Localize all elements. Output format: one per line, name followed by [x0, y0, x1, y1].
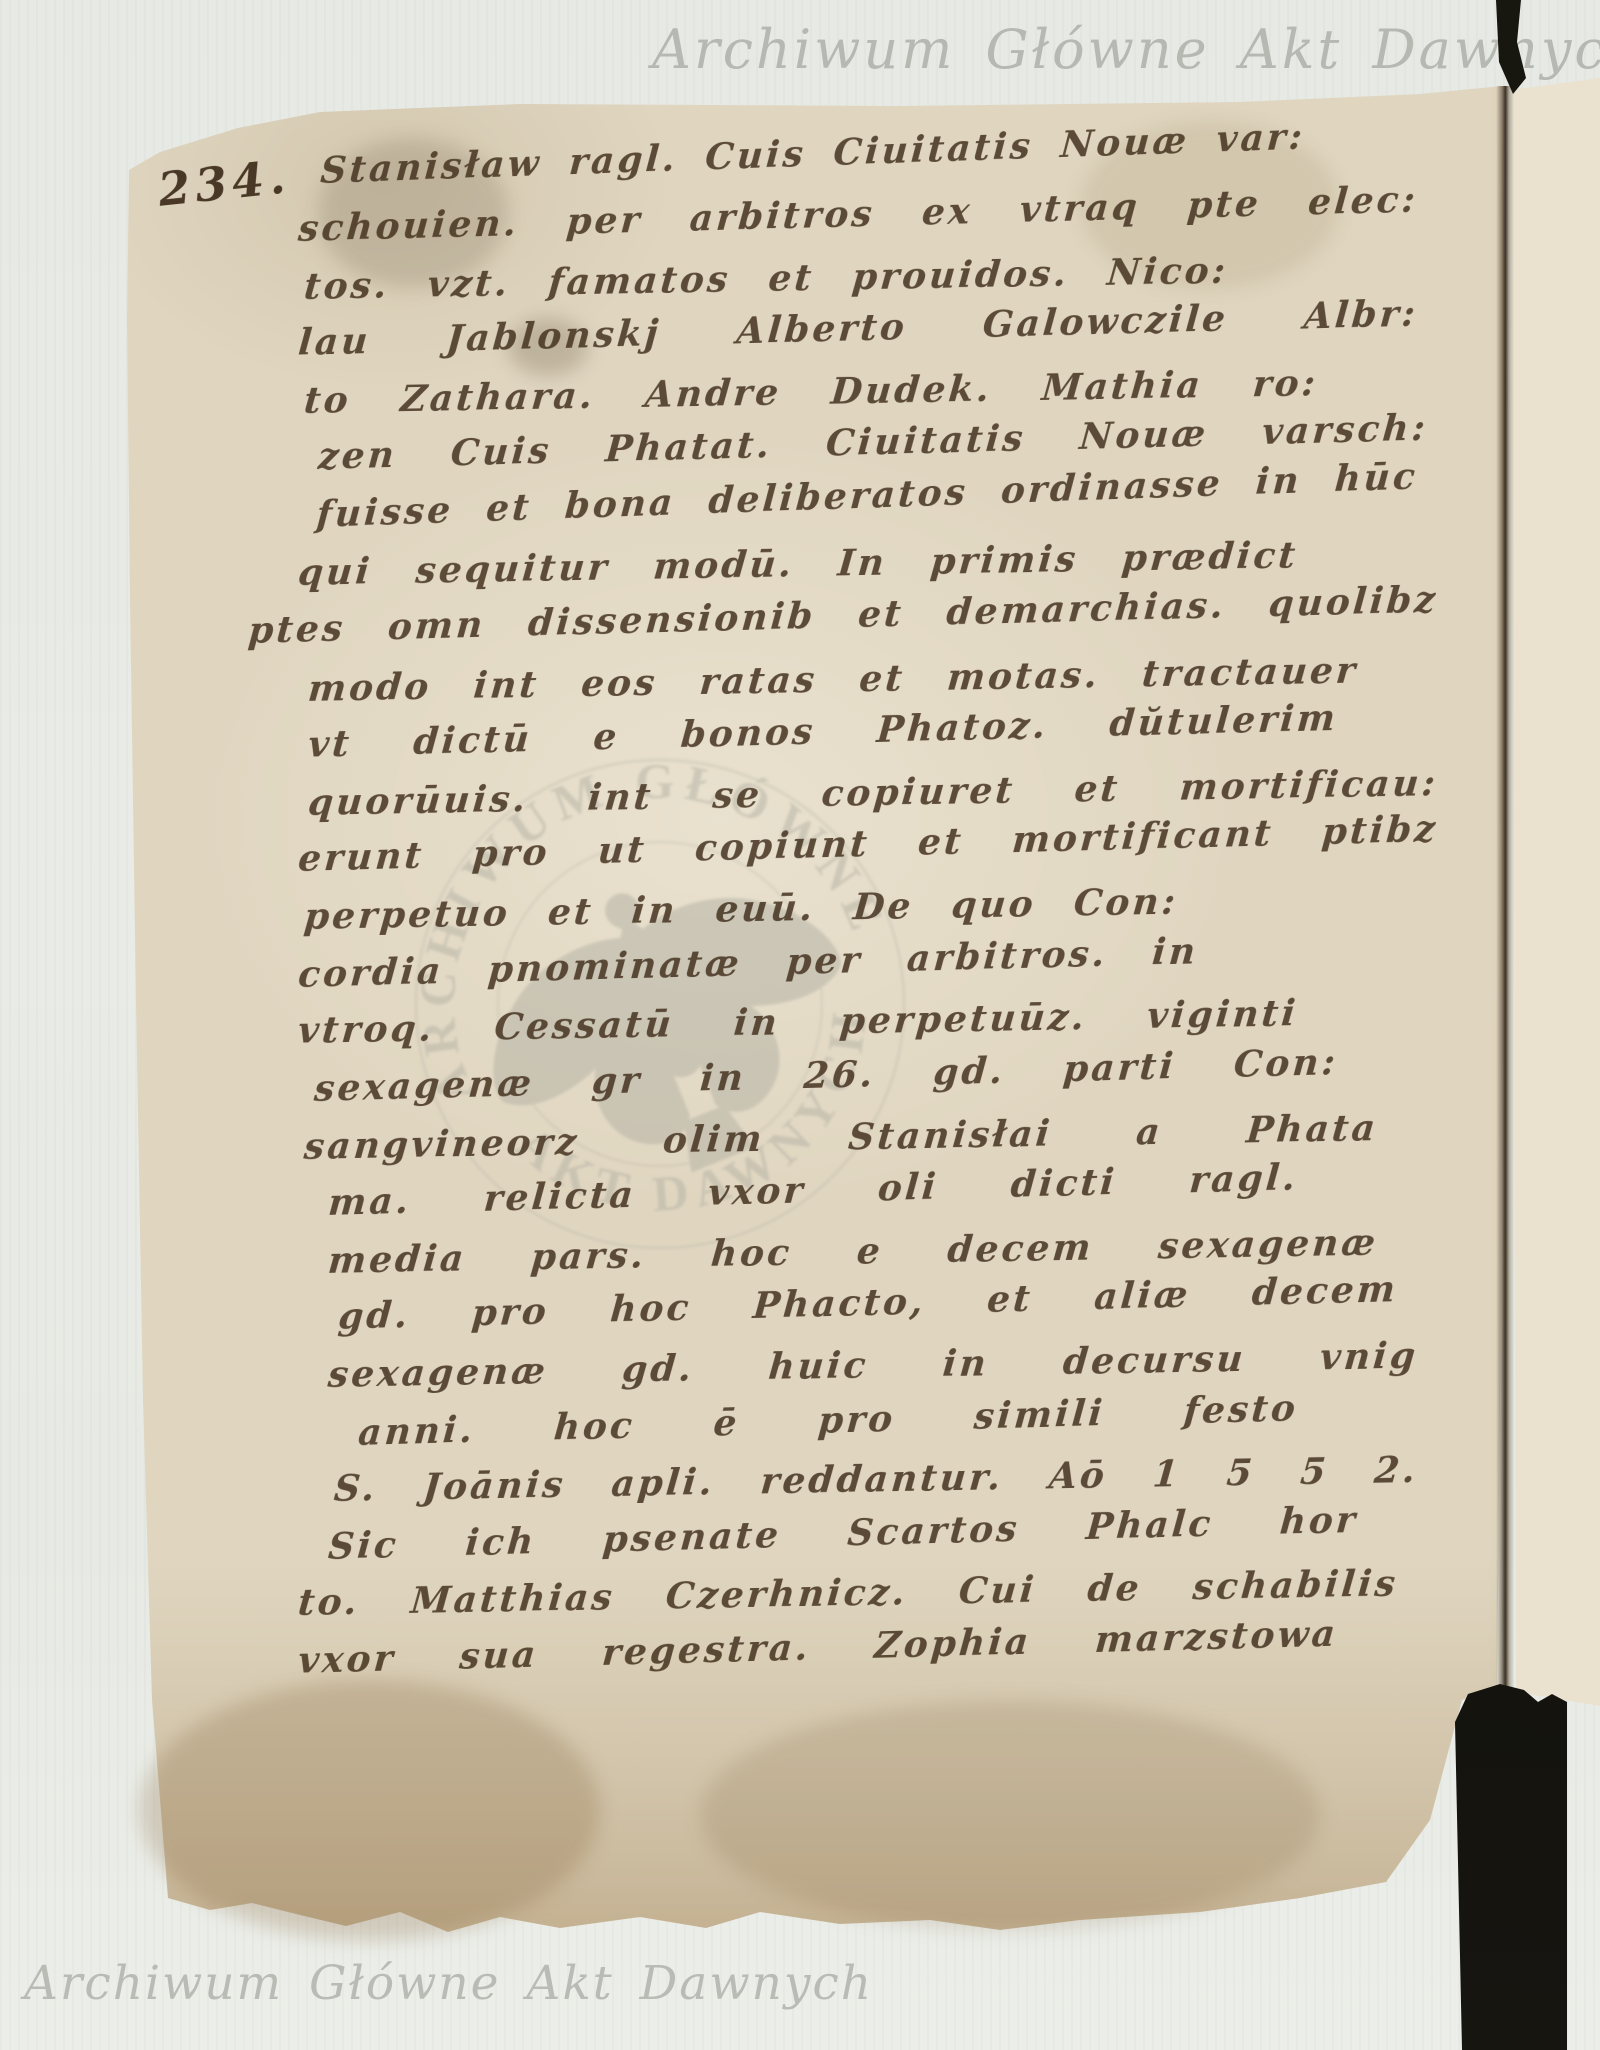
- manuscript-text-block: Stanisław ragl. Cuis Ciuitatis Nouæ var:…: [0, 0, 1600, 2050]
- manuscript-line: vtroq. Cessatū in perpetuūz. viginti: [296, 993, 1300, 1053]
- manuscript-line: anni. hoc ē pro simili festo: [357, 1387, 1300, 1454]
- manuscript-line: cordia pnominatæ per arbitros. in: [297, 930, 1200, 996]
- manuscript-line: vt dictū e bonos Phatoz. dŭtulerim: [307, 697, 1340, 766]
- archive-scan: Archiwum Główne Akt Dawnych Archiwum Głó…: [0, 0, 1600, 2050]
- manuscript-line: Stanisław ragl. Cuis Ciuitatis Nouæ var:: [319, 118, 1239, 192]
- manuscript-line: tos. vzt. famatos et prouidos. Nico:: [302, 250, 1230, 308]
- manuscript-line: perpetuo et in euū. De quo Con:: [302, 881, 1180, 938]
- manuscript-line: qui sequitur modū. In primis prædict: [296, 535, 1300, 595]
- manuscript-line: Sic ich psenate Scartos Phalc hor: [327, 1499, 1360, 1568]
- manuscript-line: vxor sua regestra. Zophia marzstowa: [297, 1613, 1340, 1682]
- manuscript-line: schouien. per arbitros ex vtraq pte elec…: [297, 179, 1420, 250]
- manuscript-line: ma. relicta vxor oli dicti ragl.: [327, 1157, 1300, 1224]
- manuscript-line: sexagenæ gd. huic in decursu vnig: [326, 1335, 1420, 1396]
- book-gutter: [1496, 86, 1514, 1690]
- manuscript-line: sexagenæ gr in 26. gd. parti Con:: [313, 1041, 1340, 1110]
